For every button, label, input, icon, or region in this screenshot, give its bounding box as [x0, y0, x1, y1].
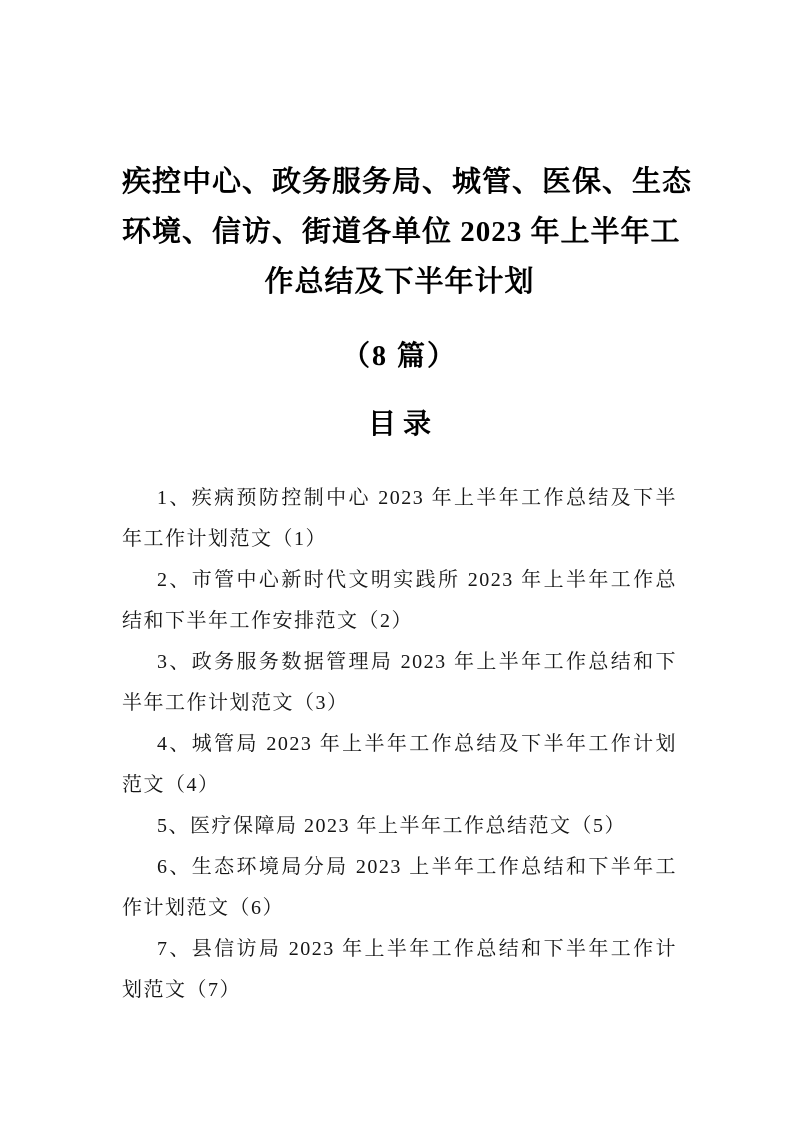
- title-line-3: 作总结及下半年计划: [122, 257, 677, 307]
- toc-item-5: 5、医疗保障局 2023 年上半年工作总结范文（5）: [122, 806, 677, 847]
- toc-item-7: 7、县信访局 2023 年上半年工作总结和下半年工作计划范文（7）: [122, 929, 677, 1011]
- title-line-2: 环境、信访、街道各单位 2023 年上半年工: [122, 207, 677, 257]
- toc-item-2: 2、市管中心新时代文明实践所 2023 年上半年工作总结和下半年工作安排范文（2…: [122, 560, 677, 642]
- toc-item-3: 3、政务服务数据管理局 2023 年上半年工作总结和下半年工作计划范文（3）: [122, 642, 677, 724]
- toc-item-4: 4、城管局 2023 年上半年工作总结及下半年工作计划范文（4）: [122, 724, 677, 806]
- toc-item-6: 6、生态环境局分局 2023 上半年工作总结和下半年工作计划范文（6）: [122, 847, 677, 929]
- document-title: 疾控中心、政务服务局、城管、医保、生态 环境、信访、街道各单位 2023 年上半…: [122, 157, 677, 307]
- title-line-1: 疾控中心、政务服务局、城管、医保、生态: [122, 157, 677, 207]
- toc-item-1: 1、疾病预防控制中心 2023 年上半年工作总结及下半年工作计划范文（1）: [122, 478, 677, 560]
- toc-list: 1、疾病预防控制中心 2023 年上半年工作总结及下半年工作计划范文（1） 2、…: [122, 478, 677, 1011]
- document-page: 疾控中心、政务服务局、城管、医保、生态 环境、信访、街道各单位 2023 年上半…: [0, 0, 793, 1122]
- toc-heading: 目录: [122, 400, 677, 450]
- piece-count: （8 篇）: [122, 332, 677, 382]
